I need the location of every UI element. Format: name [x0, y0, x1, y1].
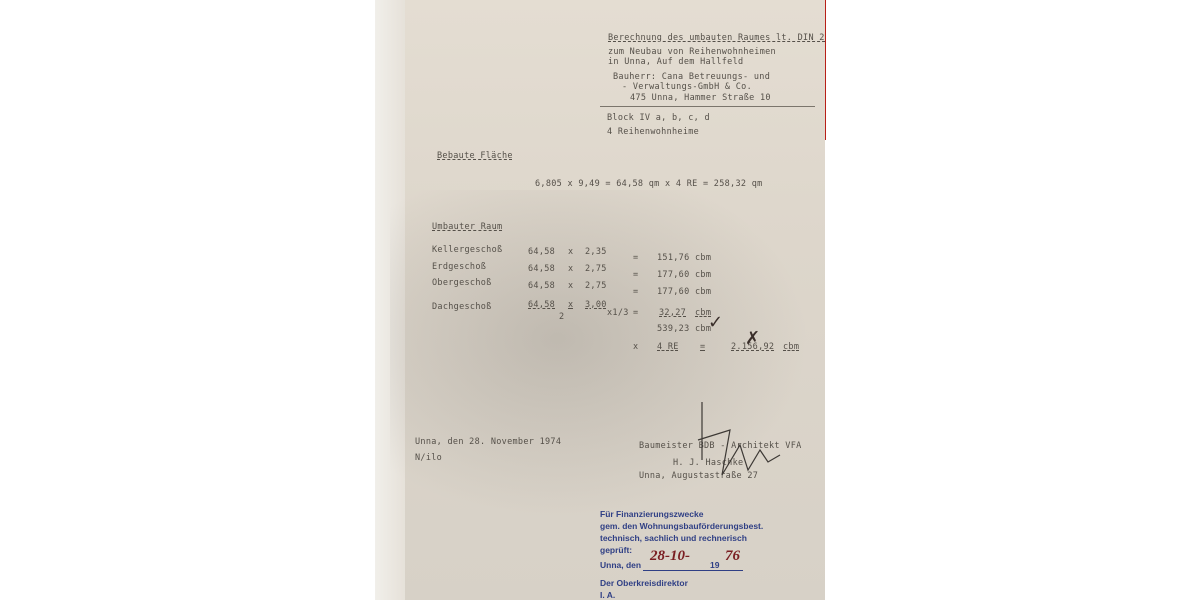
row-result: 151,76: [657, 253, 690, 263]
header-divider: [600, 106, 815, 107]
row-area: 64,58: [528, 247, 555, 257]
row-divisor: 2: [559, 312, 564, 322]
row-result: 177,60: [657, 287, 690, 297]
row-op: x: [568, 247, 573, 257]
row-area: 64,58: [528, 300, 555, 310]
row-op: x: [568, 281, 573, 291]
row-height: 2,75: [585, 281, 607, 291]
checkmark-icon: ✗: [745, 328, 760, 349]
row-result: 32,27: [659, 308, 686, 318]
brutto-heading: Bebaute Fläche: [437, 151, 513, 161]
row-unit: cbm: [695, 270, 711, 280]
units-label: 4 Reihenwohnheime: [607, 127, 699, 137]
document-title: Berechnung des umbauten Raumes lt. DIN 2…: [608, 33, 825, 43]
stamp-year-prefix: 19: [710, 560, 719, 570]
bauherr-line-3: 475 Unna, Hammer Straße 10: [630, 93, 771, 103]
row-factor: x1/3: [607, 308, 629, 318]
place-date: Unna, den 28. November 1974: [415, 437, 561, 447]
stamp-line-2: gem. den Wohnungsbauförderungsbest.: [600, 521, 763, 531]
row-eq: =: [633, 253, 638, 263]
document-page: Berechnung des umbauten Raumes lt. DIN 2…: [375, 0, 825, 600]
total-eq: =: [700, 342, 705, 352]
row-op: x: [568, 300, 573, 310]
stamp-line-3: technisch, sachlich und rechnerisch: [600, 533, 747, 543]
row-height: 2,35: [585, 247, 607, 257]
row-op: x: [568, 264, 573, 274]
row-area: 64,58: [528, 264, 555, 274]
row-height: 3,00: [585, 300, 607, 310]
subtitle-line-1: zum Neubau von Reihenwohnheimen: [608, 47, 776, 57]
reference: N/ilo: [415, 453, 442, 463]
stamp-year-handwritten: 76: [725, 548, 740, 565]
row-eq: =: [633, 308, 638, 318]
row-result: 177,60: [657, 270, 690, 280]
checkmark-icon: ✓: [708, 312, 723, 333]
bauherr-line-2: - Verwaltungs-GmbH & Co.: [622, 82, 752, 92]
total-multiplier: 4 RE: [657, 342, 679, 352]
brutto-formula: 6,805 x 9,49 = 64,58 qm x 4 RE = 258,32 …: [535, 179, 763, 189]
stamp-line-1: Für Finanzierungszwecke: [600, 509, 703, 519]
stamp-line-4: geprüft:: [600, 545, 632, 555]
row-label: Kellergeschoß: [432, 245, 502, 255]
stamp-line-5-prefix: Unna, den: [600, 560, 641, 570]
subtitle-line-2: in Unna, Auf dem Hallfeld: [608, 57, 743, 67]
stamp-line-7: I. A.: [600, 590, 615, 600]
umbauter-raum-heading: Umbauter Raum: [432, 222, 502, 232]
signature-icon: [670, 400, 790, 495]
block-label: Block IV a, b, c, d: [607, 113, 710, 123]
row-unit: cbm: [695, 253, 711, 263]
stamp-date-handwritten: 28-10-: [650, 548, 690, 565]
row-unit: cbm: [695, 287, 711, 297]
stamp-line-6: Der Oberkreisdirektor: [600, 578, 688, 588]
row-label: Obergeschoß: [432, 278, 492, 288]
row-area: 64,58: [528, 281, 555, 291]
bauherr-line-1: Bauherr: Cana Betreuungs- und: [613, 72, 770, 82]
total-unit: cbm: [783, 342, 799, 352]
subtotal-value: 539,23: [657, 324, 690, 334]
total-op: x: [633, 342, 638, 352]
row-label: Erdgeschoß: [432, 262, 486, 272]
row-height: 2,75: [585, 264, 607, 274]
row-eq: =: [633, 270, 638, 280]
row-label: Dachgeschoß: [432, 302, 492, 312]
row-eq: =: [633, 287, 638, 297]
stamp-date-line: [643, 570, 743, 571]
